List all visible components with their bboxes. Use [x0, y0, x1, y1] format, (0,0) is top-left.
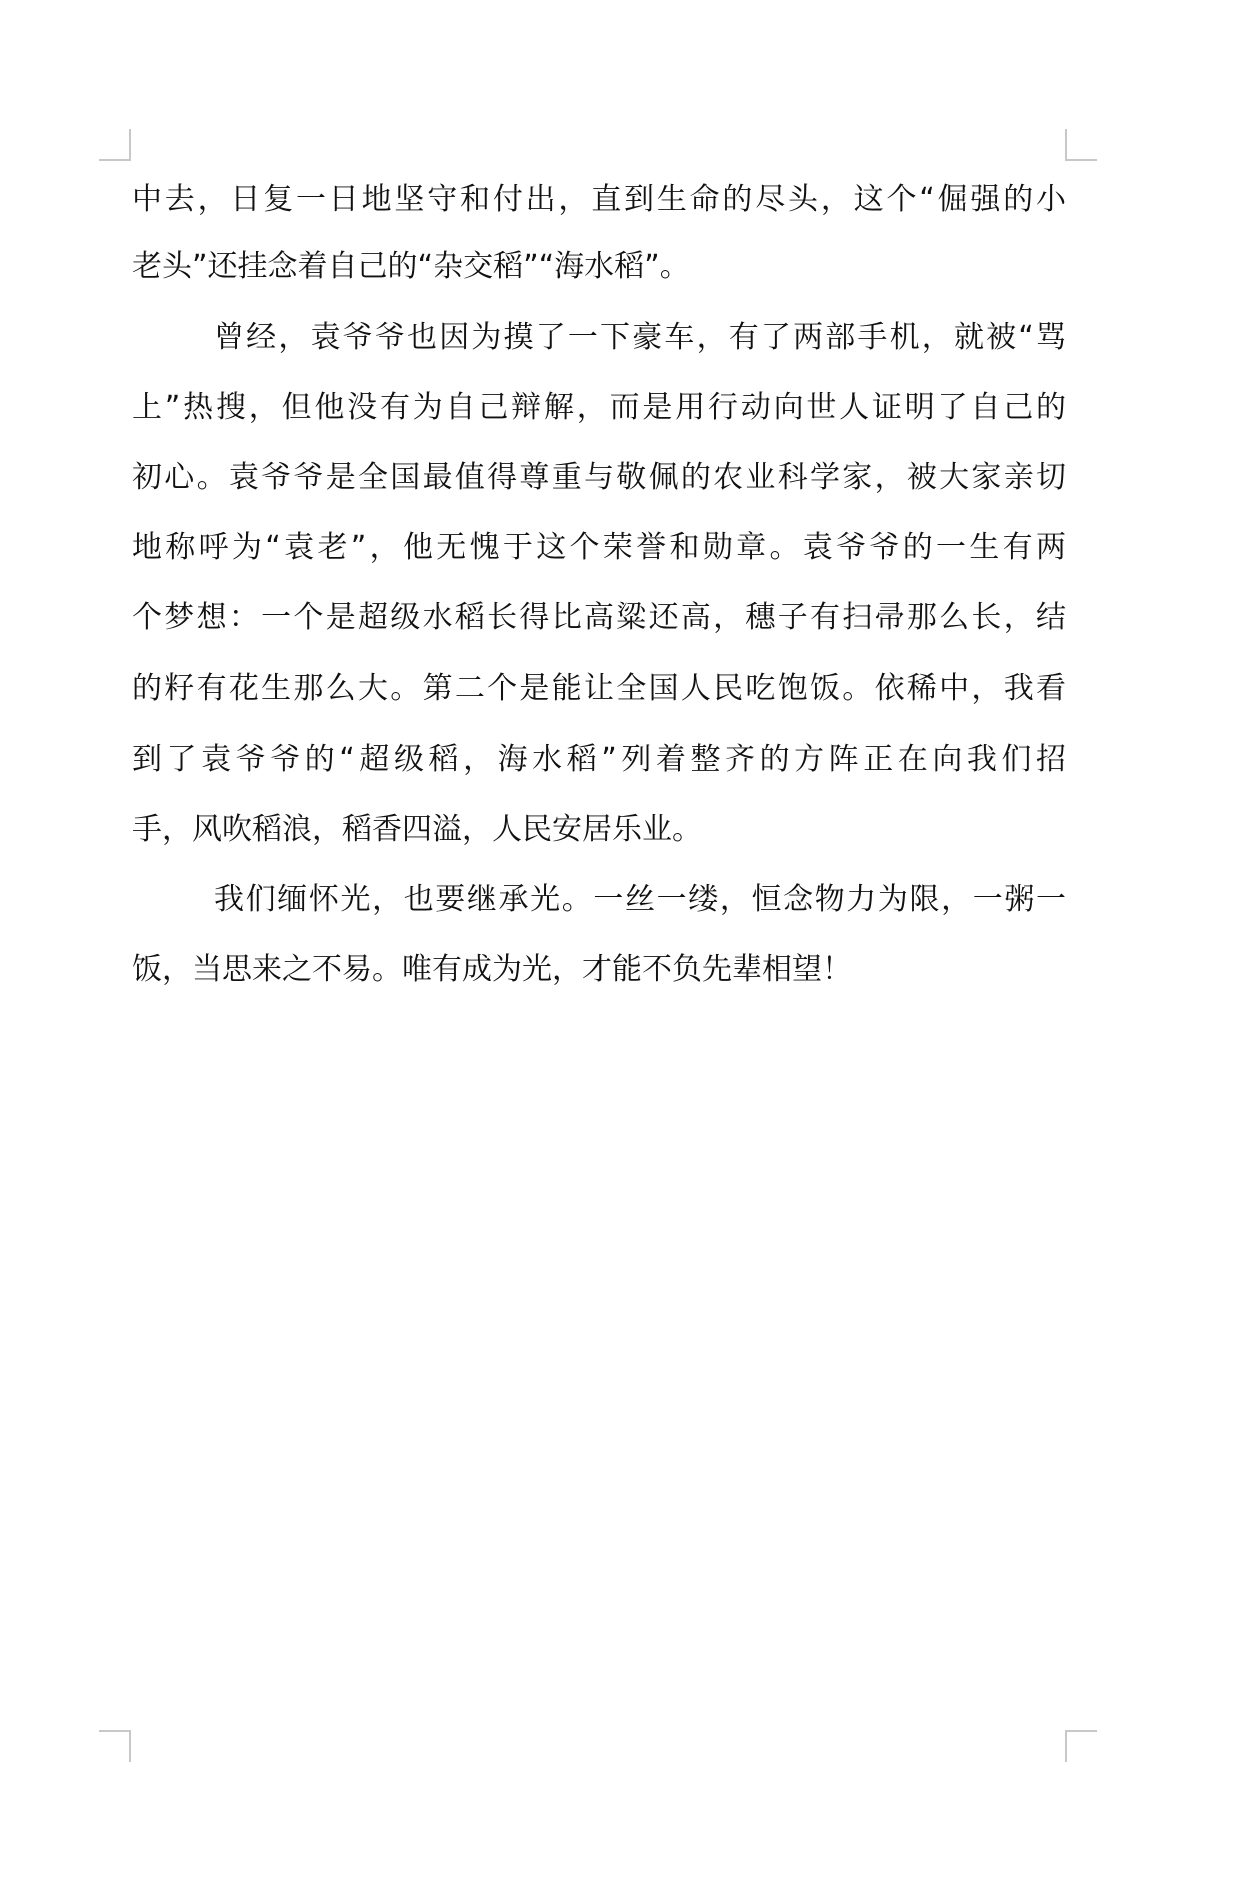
- margin-corner-mark-bottom-right: [1065, 1730, 1097, 1762]
- margin-corner-mark-bottom-left: [99, 1730, 131, 1762]
- margin-corner-mark-top-right: [1065, 129, 1097, 161]
- text-line: 手，风吹稻浪，稻香四溢，人民安居乐业。: [132, 810, 1066, 850]
- text-line: 中去，日复一日地坚守和付出，直到生命的尽头，这个“倔强的小: [132, 180, 1066, 220]
- margin-corner-mark-top-left: [99, 129, 131, 161]
- text-line: 曾经，袁爷爷也因为摸了一下豪车，有了两部手机，就被“骂: [214, 318, 1066, 358]
- text-line: 到了袁爷爷的“超级稻，海水稻”列着整齐的方阵正在向我们招: [132, 740, 1066, 780]
- text-line: 的籽有花生那么大。第二个是能让全国人民吃饱饭。依稀中，我看: [132, 669, 1066, 709]
- text-line: 初心。袁爷爷是全国最值得尊重与敬佩的农业科学家，被大家亲切: [132, 458, 1066, 498]
- text-line: 老头”还挂念着自己的“杂交稻”“海水稻”。: [132, 247, 1066, 287]
- text-line: 上”热搜，但他没有为自己辩解，而是用行动向世人证明了自己的: [132, 388, 1066, 428]
- text-line: 饭，当思来之不易。唯有成为光，才能不负先辈相望！: [132, 950, 1066, 990]
- document-page: 中去，日复一日地坚守和付出，直到生命的尽头，这个“倔强的小 老头”还挂念着自己的…: [0, 0, 1236, 1892]
- text-line: 我们缅怀光，也要继承光。一丝一缕，恒念物力为限，一粥一: [214, 880, 1066, 920]
- text-line: 地称呼为“袁老”，他无愧于这个荣誉和勋章。袁爷爷的一生有两: [132, 528, 1066, 568]
- text-line: 个梦想：一个是超级水稻长得比高粱还高，穗子有扫帚那么长，结: [132, 598, 1066, 638]
